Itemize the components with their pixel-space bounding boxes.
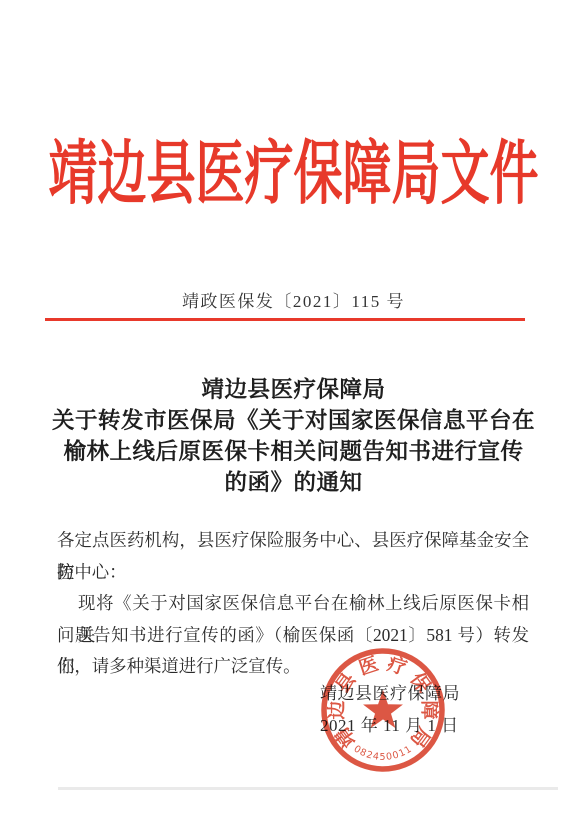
document-body: 各定点医药机构，县医疗保险服务中心、县医疗保障基金安全防 控中心： 现将《关于对… — [57, 525, 529, 683]
body-paragraph-line-1: 现将《关于对国家医保信息平台在榆林上线后原医保卡相关 — [57, 588, 529, 620]
body-salutation-line-2: 控中心： — [57, 557, 529, 589]
document-page: 靖边县医疗保障局文件 靖政医保发〔2021〕115 号 靖边县医疗保障局 关于转… — [0, 0, 587, 816]
document-title-line-3: 榆林上线后原医保卡相关问题告知书进行宣传 — [40, 436, 547, 467]
document-title-line-4: 的函》的通知 — [40, 467, 547, 498]
official-seal: 靖边县医疗保障局 6108245001168 — [318, 645, 448, 775]
red-header-title: 靖边县医疗保障局文件 — [0, 139, 587, 209]
document-title-line-1: 靖边县医疗保障局 — [40, 374, 547, 405]
body-salutation-line-1: 各定点医药机构，县医疗保险服务中心、县医疗保障基金安全防 — [57, 525, 529, 557]
red-separator-line — [45, 318, 525, 321]
body-paragraph-line-2: 问题告知书进行宣传的函》（榆医保函〔2021〕581 号）转发你 — [57, 620, 529, 652]
document-title-line-2: 关于转发市医保局《关于对国家医保信息平台在 — [40, 405, 547, 436]
body-paragraph-line-3: 们，请多种渠道进行广泛宣传。 — [57, 651, 529, 683]
document-title: 靖边县医疗保障局 关于转发市医保局《关于对国家医保信息平台在 榆林上线后原医保卡… — [40, 374, 547, 498]
scan-artifact — [58, 787, 558, 790]
seal-star-icon — [363, 690, 403, 728]
document-number: 靖政医保发〔2021〕115 号 — [0, 287, 587, 312]
